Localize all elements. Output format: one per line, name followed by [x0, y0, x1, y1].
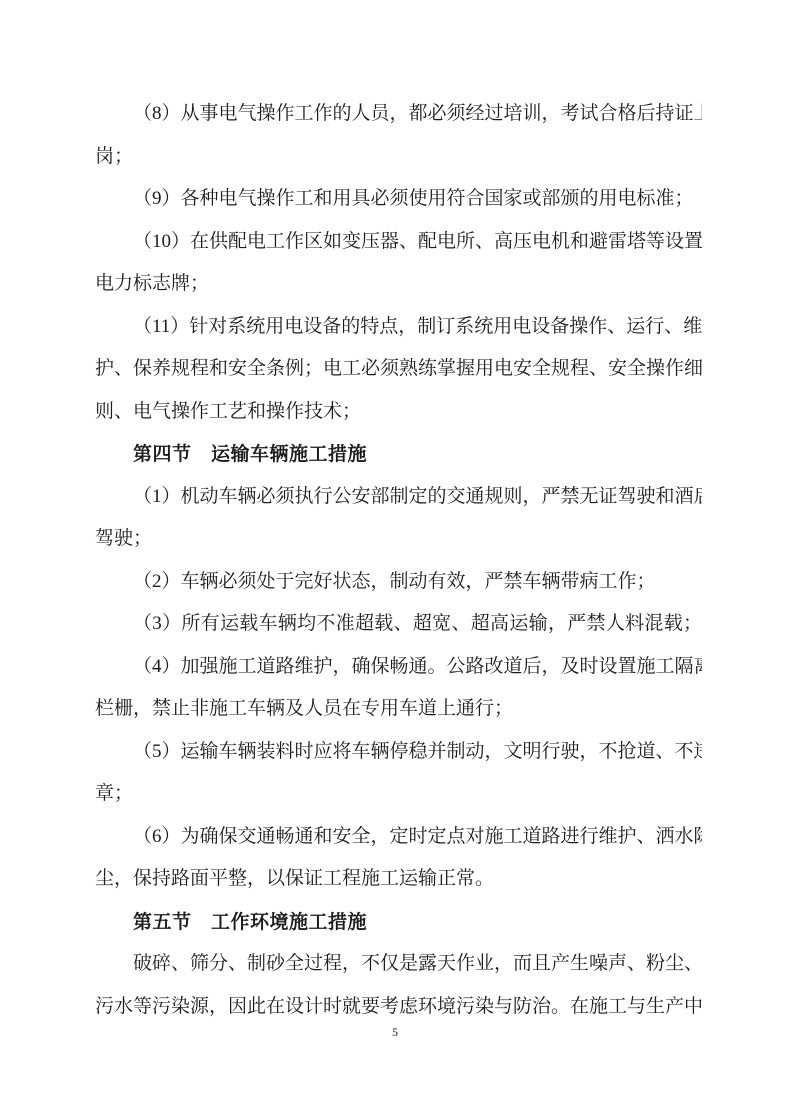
paragraph: 破碎、筛分、制砂全过程，不仅是露天作业，而且产生噪声、粉尘、污水等污染源，因此在…: [95, 943, 702, 1028]
text-line: 电力标志牌；: [95, 263, 702, 306]
paragraph: （6）为确保交通畅通和安全，定时定点对施工道路进行维护、洒水除尘，保持路面平整，…: [95, 816, 702, 901]
text-line: 栏栅，禁止非施工车辆及人员在专用车道上通行；: [95, 688, 702, 731]
text-line: （11）针对系统用电设备的特点，制订系统用电设备操作、运行、维: [95, 306, 702, 349]
paragraph: （1）机动车辆必须执行公安部制定的交通规则，严禁无证驾驶和酒后驾驶；: [95, 476, 702, 561]
document-body: （8）从事电气操作工作的人员，都必须经过培训，考试合格后持证上岗；（9）各种电气…: [95, 93, 702, 1028]
text-line: （5）运输车辆装料时应将车辆停稳并制动，文明行驶，不抢道、不违: [95, 731, 702, 774]
text-line: （3）所有运载车辆均不准超载、超宽、超高运输，严禁人料混载；: [95, 603, 702, 646]
text-line: （9）各种电气操作工和用具必须使用符合国家或部颁的用电标准；: [95, 178, 702, 221]
text-line: 驾驶；: [95, 518, 702, 561]
heading-text-line: 第五节 工作环境施工措施: [95, 901, 702, 944]
paragraph: （11）针对系统用电设备的特点，制订系统用电设备操作、运行、维护、保养规程和安全…: [95, 306, 702, 434]
text-line: 污水等污染源，因此在设计时就要考虑环境污染与防治。在施工与生产中: [95, 986, 702, 1029]
paragraph: （9）各种电气操作工和用具必须使用符合国家或部颁的用电标准；: [95, 178, 702, 221]
text-line: 尘，保持路面平整，以保证工程施工运输正常。: [95, 858, 702, 901]
section-heading: 第五节 工作环境施工措施: [95, 901, 702, 944]
section-heading: 第四节 运输车辆施工措施: [95, 433, 702, 476]
text-line: （1）机动车辆必须执行公安部制定的交通规则，严禁无证驾驶和酒后: [95, 476, 702, 519]
text-line: 破碎、筛分、制砂全过程，不仅是露天作业，而且产生噪声、粉尘、: [95, 943, 702, 986]
text-line: 护、保养规程和安全条例；电工必须熟练掌握用电安全规程、安全操作细: [95, 348, 702, 391]
document-page: （8）从事电气操作工作的人员，都必须经过培训，考试合格后持证上岗；（9）各种电气…: [0, 0, 790, 1118]
text-line: 则、电气操作工艺和操作技术；: [95, 391, 702, 434]
page-number: 5: [392, 1025, 398, 1039]
heading-text-line: 第四节 运输车辆施工措施: [95, 433, 702, 476]
text-line: 岗；: [95, 136, 702, 179]
paragraph: （4）加强施工道路维护，确保畅通。公路改道后，及时设置施工隔离栏栅，禁止非施工车…: [95, 646, 702, 731]
paragraph: （10）在供配电工作区如变压器、配电所、高压电机和避雷塔等设置电力标志牌；: [95, 221, 702, 306]
page-footer: 5: [0, 1023, 790, 1041]
text-line: （6）为确保交通畅通和安全，定时定点对施工道路进行维护、洒水除: [95, 816, 702, 859]
text-line: （10）在供配电工作区如变压器、配电所、高压电机和避雷塔等设置: [95, 221, 702, 264]
paragraph: （3）所有运载车辆均不准超载、超宽、超高运输，严禁人料混载；: [95, 603, 702, 646]
text-line: （2）车辆必须处于完好状态，制动有效，严禁车辆带病工作；: [95, 561, 702, 604]
text-line: （4）加强施工道路维护，确保畅通。公路改道后，及时设置施工隔离: [95, 646, 702, 689]
text-line: 章；: [95, 773, 702, 816]
paragraph: （2）车辆必须处于完好状态，制动有效，严禁车辆带病工作；: [95, 561, 702, 604]
paragraph: （8）从事电气操作工作的人员，都必须经过培训，考试合格后持证上岗；: [95, 93, 702, 178]
paragraph: （5）运输车辆装料时应将车辆停稳并制动，文明行驶，不抢道、不违章；: [95, 731, 702, 816]
text-line: （8）从事电气操作工作的人员，都必须经过培训，考试合格后持证上: [95, 93, 702, 136]
